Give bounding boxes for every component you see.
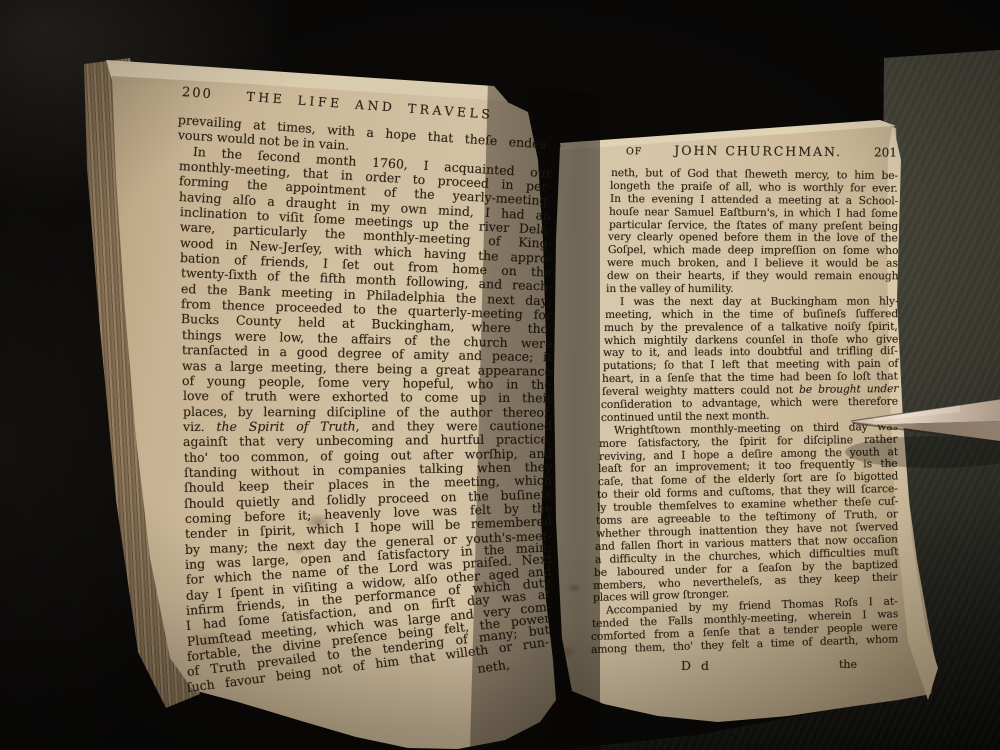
open-book-photo: 200 THE LIFE AND TRAVELS prevailing at t…	[0, 0, 1000, 750]
letter-opener-blade	[0, 0, 1000, 750]
blade-shadow	[845, 436, 1000, 468]
